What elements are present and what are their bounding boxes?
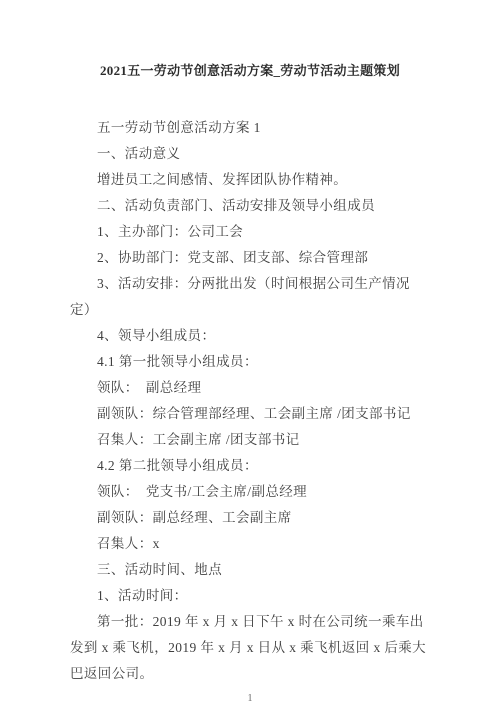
document-title: 2021五一劳动节创意活动方案_劳动节活动主题策划	[0, 0, 500, 79]
document-page: 2021五一劳动节创意活动方案_劳动节活动主题策划 五一劳动节创意活动方案 1一…	[0, 0, 500, 707]
document-line: 4.1 第一批领导小组成员：	[70, 349, 430, 375]
document-line: 副领队：综合管理部经理、工会副主席 /团支部书记	[70, 401, 430, 427]
document-line: 召集人：x	[70, 531, 430, 557]
document-line: 增进员工之间感情、发挥团队协作精神。	[70, 167, 430, 193]
document-line: 一、活动意义	[70, 141, 430, 167]
document-line: 领队： 副总经理	[70, 375, 430, 401]
document-body: 五一劳动节创意活动方案 1一、活动意义增进员工之间感情、发挥团队协作精神。二、活…	[70, 115, 430, 687]
document-line: 第一批：2019 年 x 月 x 日下午 x 时在公司统一乘车出发到 x 乘飞机…	[70, 609, 430, 687]
document-line: 召集人：工会副主席 /团支部书记	[70, 427, 430, 453]
document-line: 领队： 党支书/工会主席/副总经理	[70, 479, 430, 505]
document-line: 三、活动时间、地点	[70, 557, 430, 583]
document-line: 1、主办部门：公司工会	[70, 219, 430, 245]
document-line: 二、活动负责部门、活动安排及领导小组成员	[70, 193, 430, 219]
document-line: 4.2 第二批领导小组成员：	[70, 453, 430, 479]
document-line: 4、领导小组成员：	[70, 323, 430, 349]
document-line: 五一劳动节创意活动方案 1	[70, 115, 430, 141]
document-line: 2、协助部门：党支部、团支部、综合管理部	[70, 245, 430, 271]
document-line: 3、活动安排：分两批出发（时间根据公司生产情况定）	[70, 271, 430, 323]
page-number: 1	[0, 687, 500, 706]
document-line: 1、活动时间：	[70, 583, 430, 609]
document-line: 副领队：副总经理、工会副主席	[70, 505, 430, 531]
